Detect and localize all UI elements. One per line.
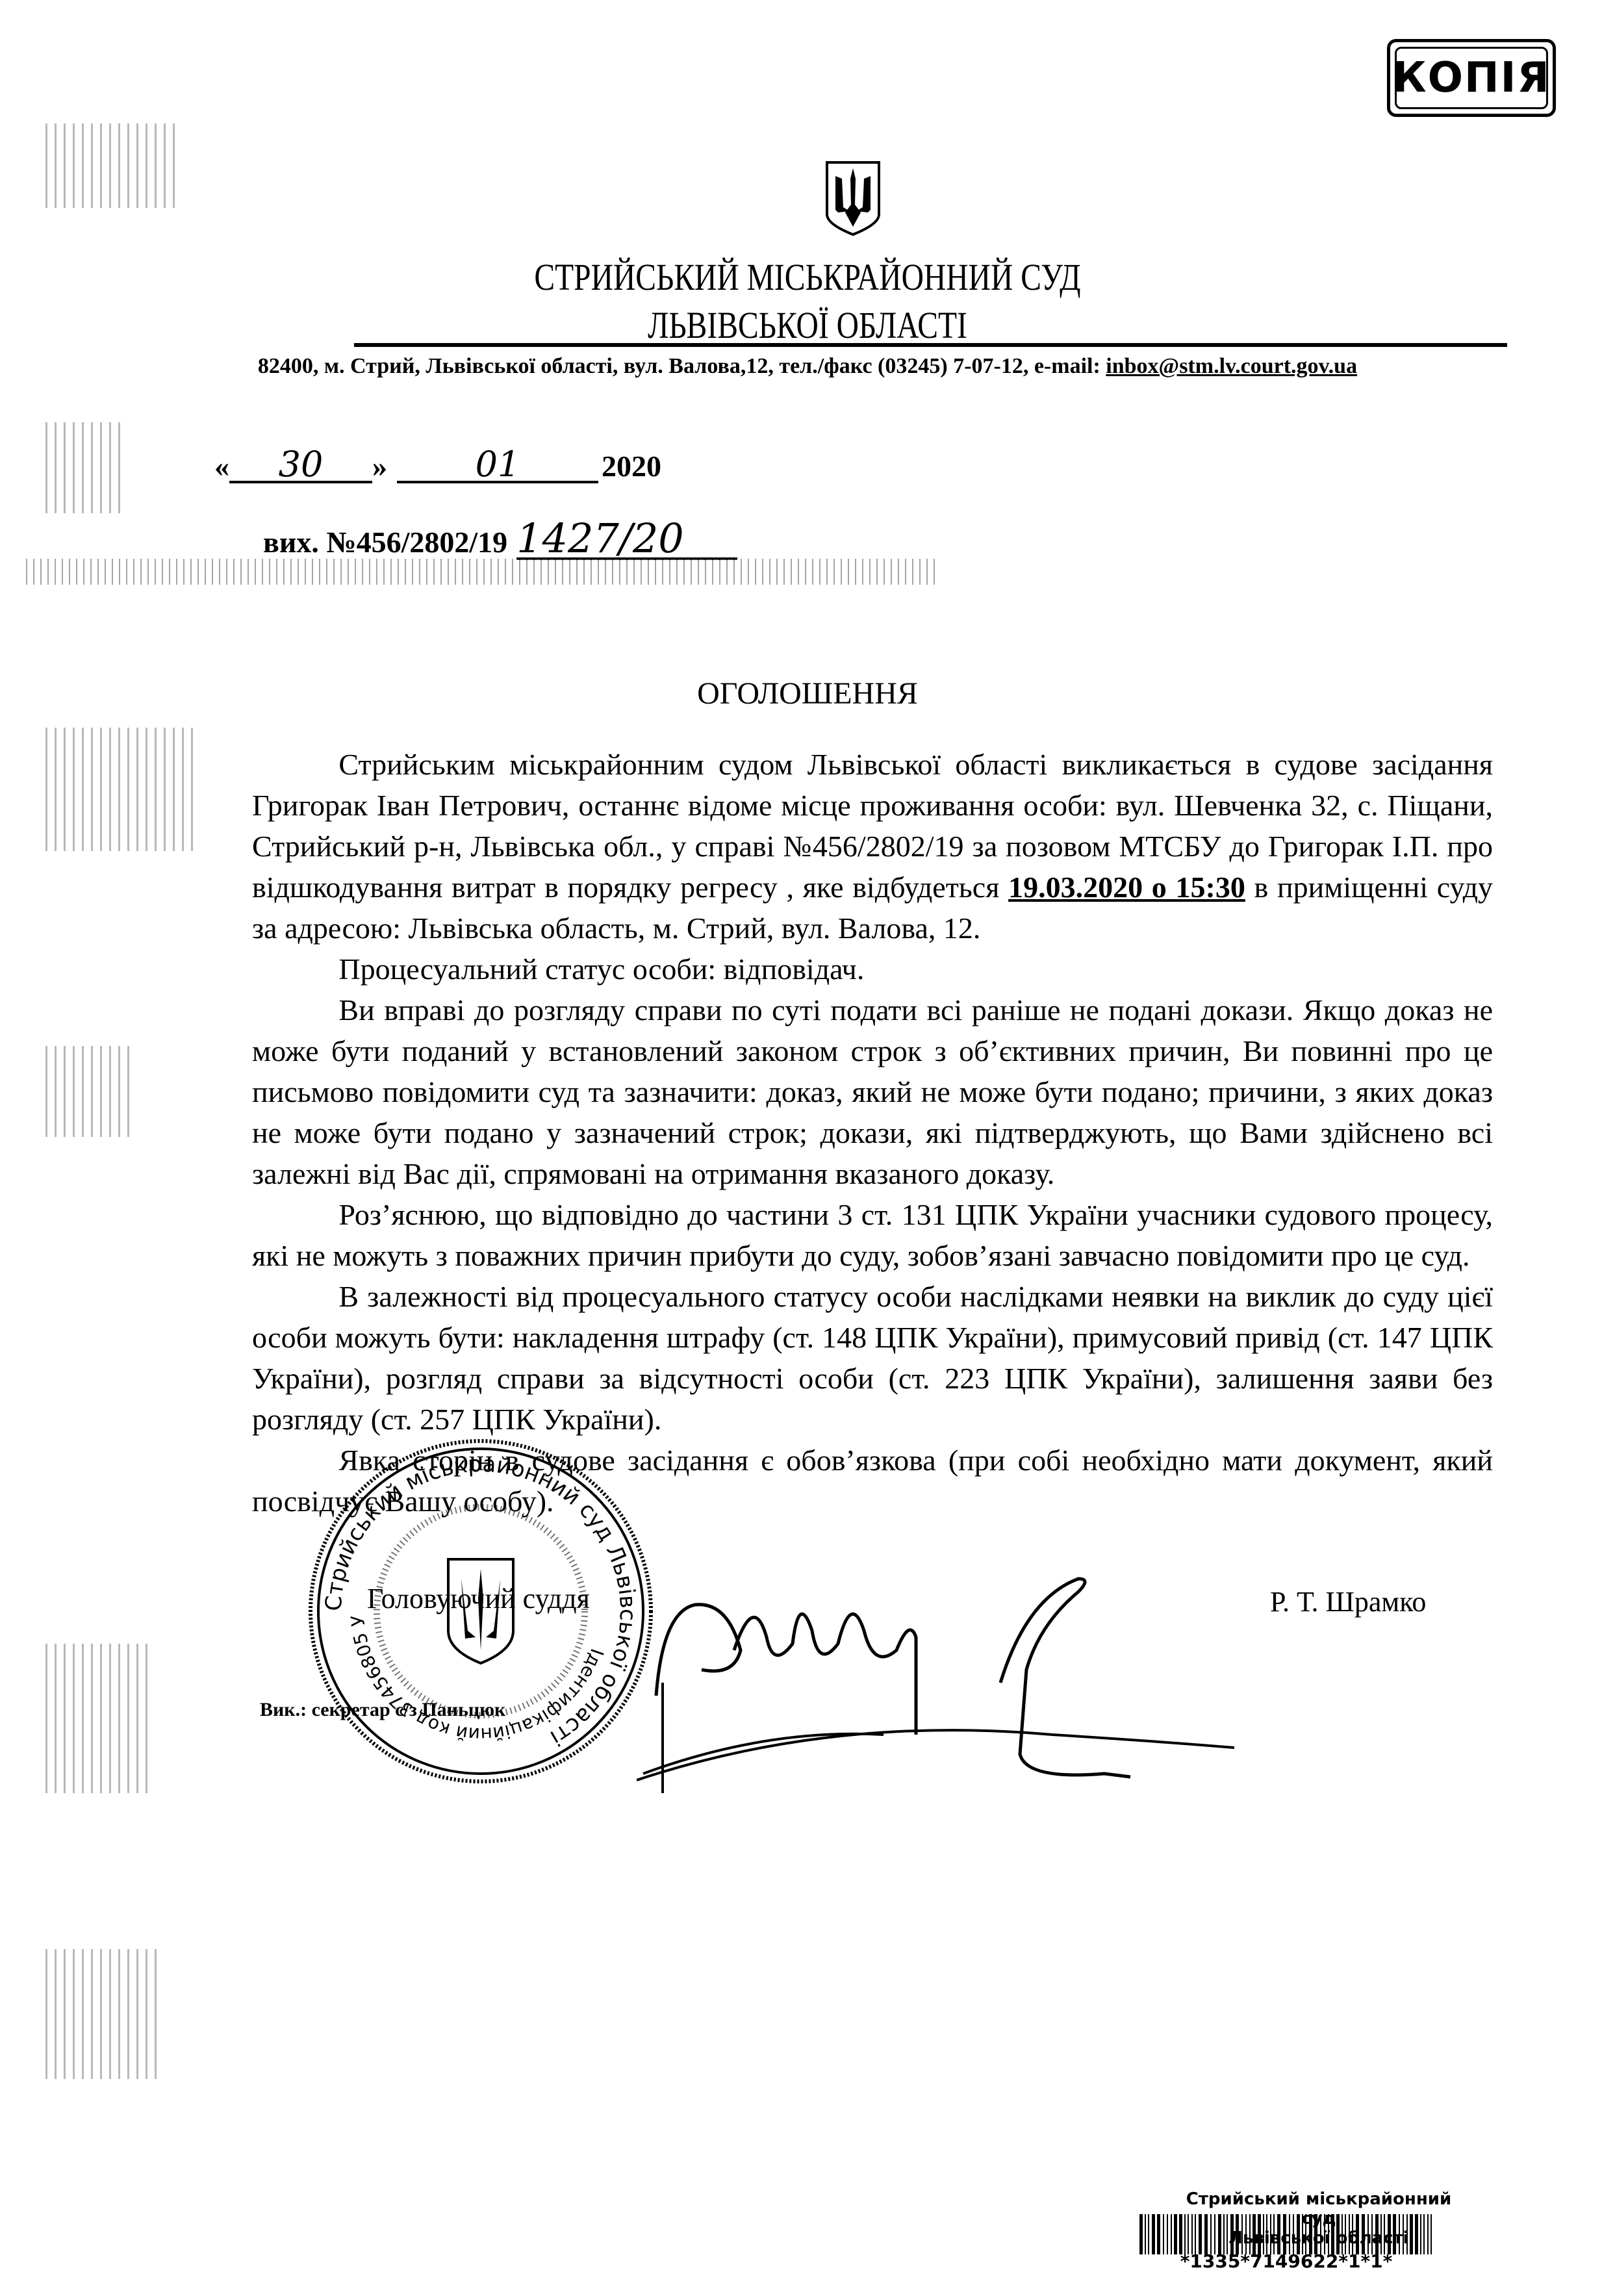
paragraph-explanation: Роз’яснюю, що відповідно до частини 3 ст… <box>252 1194 1493 1276</box>
scan-noise <box>45 728 195 851</box>
court-name-line1: СТРИЙСЬКИЙ МІСЬКРАЙОННИЙ СУД <box>146 253 1470 301</box>
paragraph-consequences: В залежності від процесуального статусу … <box>252 1276 1493 1440</box>
outgoing-number: вих. №456/2802/191427/20 <box>263 520 737 560</box>
date-month: 01 <box>397 448 598 483</box>
court-title: СТРИЙСЬКИЙ МІСЬКРАЙОННИЙ СУД ЛЬВІВСЬКОЇ … <box>146 253 1470 350</box>
outgoing-handwritten: 1427/20 <box>516 520 737 560</box>
copy-stamp-label: КОПІЯ <box>1392 54 1550 102</box>
quote-close: » <box>372 450 387 483</box>
judge-name: Р. Т. Шрамко <box>1270 1585 1426 1618</box>
scan-noise-band <box>26 559 935 585</box>
notice-title: ОГОЛОШЕННЯ <box>0 676 1615 711</box>
trident-coat-of-arms-icon <box>824 159 882 237</box>
scan-noise <box>45 1949 162 2079</box>
court-name-line2: ЛЬВІВСЬКОЇ ОБЛАСТІ <box>146 301 1470 350</box>
header-divider <box>354 343 1507 347</box>
handwritten-signature <box>637 1520 1286 1806</box>
quote-open: « <box>214 450 229 483</box>
barcode <box>1138 2214 1437 2254</box>
email-link[interactable]: inbox@stm.lv.court.gov.ua <box>1106 354 1357 378</box>
status-text: Процесуальний статус особи: відповідач. <box>338 952 864 986</box>
paragraph-evidence: Ви вправі до розгляду справи по суті под… <box>252 989 1493 1194</box>
scan-noise <box>45 422 123 513</box>
barcode-number: *1335*7149622*1*1* <box>1169 2251 1403 2272</box>
outgoing-label: вих. №456/2802/19 <box>263 526 507 559</box>
notice-body: Стрийським міськрайонним судом Львівсько… <box>252 744 1493 1522</box>
scan-noise <box>45 1046 136 1137</box>
address-text: 82400, м. Стрий, Львівської області, вул… <box>258 354 1106 378</box>
scan-noise <box>45 123 175 208</box>
date-year: 2020 <box>602 450 661 483</box>
signature-role: Головуючий суддя <box>367 1582 590 1615</box>
scan-noise <box>45 1644 149 1793</box>
court-address: 82400, м. Стрий, Львівської області, вул… <box>0 354 1615 379</box>
executor-line: Вик.: секретар с/з Паньцюк <box>260 1699 505 1721</box>
paragraph-status: Процесуальний статус особи: відповідач. <box>252 949 1493 989</box>
hearing-datetime: 19.03.2020 о 15:30 <box>1008 871 1245 904</box>
date-day: 30 <box>229 448 372 483</box>
paragraph-summons: Стрийським міськрайонним судом Львівсько… <box>252 744 1493 949</box>
document-date: «30»012020 <box>214 448 661 483</box>
copy-stamp: КОПІЯ <box>1387 39 1556 117</box>
